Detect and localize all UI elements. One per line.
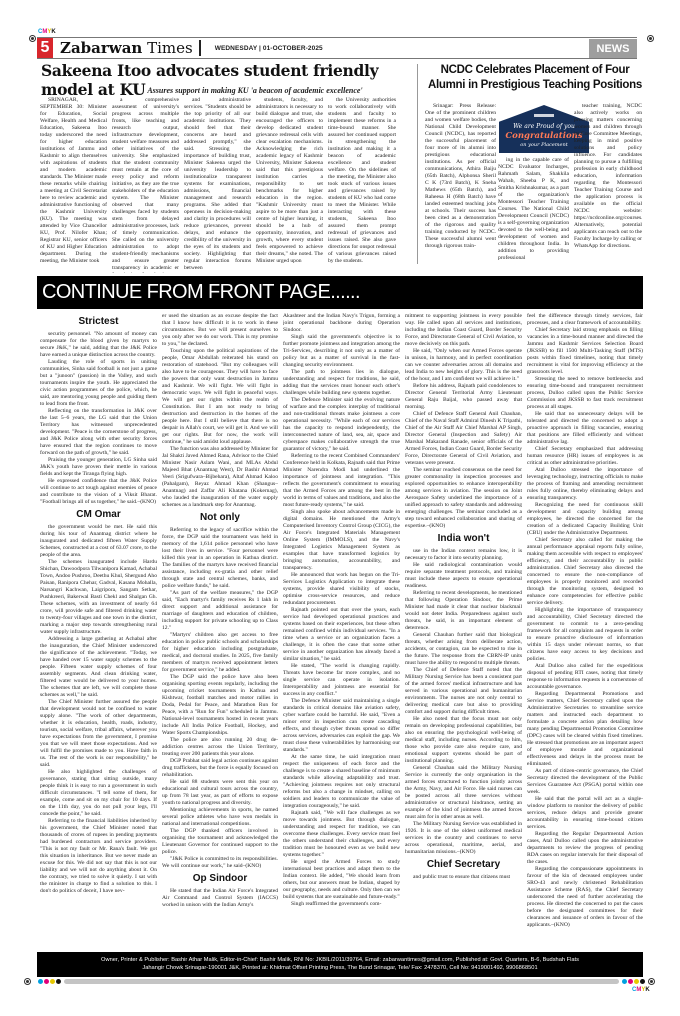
continued-column: er used the situation as an excuse despi… <box>162 313 278 949</box>
story-paragraph: Touching upon the political aspirations … <box>162 348 278 446</box>
story-paragraph: At the same time, he said integration mu… <box>283 754 400 810</box>
story-paragraph: "J&K Police is committed to its responsi… <box>162 856 278 870</box>
story-paragraph: feel the difference through timely servi… <box>527 313 643 327</box>
story-paragraph: Referring to recent developments, he men… <box>405 590 522 632</box>
story-paragraph: General Chauhan said the Military Nursin… <box>405 765 522 821</box>
story-paragraph: He said 88 students were sent this year … <box>162 779 278 807</box>
yellow-swatch <box>50 979 55 984</box>
story-paragraph: DGP Prabhat said legal action continues … <box>162 758 278 779</box>
ku-story-column: and administrative services. "Students s… <box>184 97 251 273</box>
ncdc-story-column: ing in the capable care of NCDC Evaluato… <box>498 157 569 273</box>
story-paragraph: He also noted that the focus must not on… <box>405 716 522 765</box>
story-paragraph: Stressing the need to remove bottlenecks… <box>527 376 643 411</box>
ku-story-column: the University authorities to work colla… <box>328 97 396 273</box>
story-paragraph: The Chief of Defence Staff noted that th… <box>405 667 522 716</box>
story-paragraph: Chief Secretary laid strong emphasis on … <box>527 327 643 376</box>
ku-story-subhead: Assures support in making KU 'a beacon o… <box>110 86 400 95</box>
story-paragraph: Singh reaffirmed the government's com- <box>283 901 400 908</box>
story-paragraph: He stated, "The world is changing rapidl… <box>283 663 400 698</box>
continued-column: mitment to supporting jointness in every… <box>405 313 522 949</box>
story-paragraph: He urged the Armed Forces to study inter… <box>283 859 400 901</box>
magenta-swatch <box>628 979 633 984</box>
story-paragraph: and public trust to ensure that citizens… <box>405 874 522 881</box>
story-paragraph: use in the Indian context remains low, i… <box>405 548 522 562</box>
story-paragraph: Recognizing the need for continuous skil… <box>527 502 643 537</box>
story-subhead: Op Sindoor <box>162 873 278 885</box>
story-paragraph: General Chauhan further said that biolog… <box>405 632 522 667</box>
story-paragraph: Praising the younger generation, LG Sinh… <box>40 457 157 478</box>
story-paragraph: The Defence Minister said the evolving n… <box>283 397 400 453</box>
color-bar-left <box>38 979 61 984</box>
story-paragraph: He announced that work has begun on the … <box>283 572 400 607</box>
story-paragraph: The DGP thanked officers involved in org… <box>162 828 278 856</box>
magenta-swatch <box>44 979 49 984</box>
story-paragraph: Referring to the financial liabilities i… <box>40 818 157 895</box>
story-paragraph: Akashteer and the Indian Navy's Trigun, … <box>283 313 400 334</box>
black-swatch <box>640 979 645 984</box>
story-paragraph: Referring to the legacy of sacrifice wit… <box>162 527 278 590</box>
story-paragraph: The Defence Minister said maintaining a … <box>283 698 400 754</box>
story-paragraph: The seminar reached consensus on the nee… <box>405 467 522 530</box>
story-paragraph: The function was also addressed by Minis… <box>162 446 278 509</box>
story-paragraph: He said that the portal will act as a si… <box>527 796 643 831</box>
yellow-swatch <box>634 979 639 984</box>
imprint-line-1: Owner, Printer & Publisher: Bashir Athar… <box>37 956 643 964</box>
ncdc-story-column: teacher training, NCDC also actively wor… <box>574 103 642 273</box>
story-paragraph: As part of citizen-centric governance, t… <box>527 768 643 796</box>
masthead: 5 Zabarwan Times WEDNESDAY | 01-OCTOBER-… <box>37 37 637 59</box>
story-paragraph: Singh also spoke about advancements made… <box>283 509 400 572</box>
imprint-line-2: Jahangir Chowk Srinagar-190001 J&K, Prin… <box>37 964 643 972</box>
story-paragraph: He also highlighted the challenges of go… <box>40 769 157 818</box>
story-paragraph: Singh said the government's objective is… <box>283 334 400 369</box>
paper-name: Zabarwan Times <box>60 39 193 57</box>
ku-story-column: SRINAGAR, SEPTEMBER 30: Minister for Edu… <box>40 97 107 273</box>
story-subhead: CM Omar <box>40 509 157 521</box>
story-subhead: India won't <box>405 533 522 545</box>
story-paragraph: Reflecting on the transformation in J&K … <box>40 408 157 457</box>
story-paragraph: Rajnath pointed out that over the years,… <box>283 607 400 663</box>
story-paragraph: Chief Secretary also called for making t… <box>527 537 643 607</box>
section-tag: NEWS <box>589 39 637 58</box>
registration-mark-bottom-left <box>24 978 31 985</box>
story-paragraph: The DGP said the police have also been o… <box>162 674 278 737</box>
masthead-divider <box>199 40 201 56</box>
story-paragraph: Regarding the compassionate appointments… <box>527 866 643 929</box>
continued-column: feel the difference through timely servi… <box>527 313 643 949</box>
cyan-swatch <box>38 979 43 984</box>
story-paragraph: Referring to the recent Combined Command… <box>283 453 400 509</box>
page-number: 5 <box>37 38 53 58</box>
black-swatch <box>56 979 61 984</box>
cmyk-label-top: CMYK <box>38 29 56 35</box>
story-paragraph: "Martyrs' children also get access to fr… <box>162 632 278 674</box>
story-paragraph: The police are also running 20 drug de-a… <box>162 737 278 758</box>
story-paragraph: Highlighting the importance of transpare… <box>527 607 643 663</box>
imprint-footer: Owner, Printer & Publisher: Bashir Athar… <box>37 952 643 977</box>
ku-story-column: students, faculty, and administrators is… <box>256 97 323 273</box>
continue-from-front-page-banner: CONTINUE FROM FRONT PAGE...... <box>37 276 643 309</box>
story-paragraph: The Military Nursing Service was establi… <box>405 821 522 856</box>
ncdc-logo <box>534 114 554 117</box>
color-bar-right <box>622 979 645 984</box>
story-paragraph: The Chief Minister further assured the p… <box>40 699 157 769</box>
ncdc-story-headline: NCDC Celebrates Placement of Four Alumni… <box>425 63 645 93</box>
story-paragraph: He said, "Only when our Armed Forces ope… <box>405 348 522 383</box>
story-paragraph: the government would be met. He said thi… <box>40 524 157 559</box>
story-subhead: Not only <box>162 512 278 524</box>
story-paragraph: Lauding the role of sports in uniting co… <box>40 359 157 408</box>
ku-story-column: a comprehensive assessment of university… <box>112 97 179 273</box>
story-paragraph: He said that no unnecessary delays will … <box>527 411 643 446</box>
issue-date: WEDNESDAY | 01-OCTOBER-2025 <box>215 45 323 52</box>
story-subhead: Strictest <box>40 316 157 328</box>
continued-column: Akashteer and the Indian Navy's Trigun, … <box>283 313 400 949</box>
ncdc-story-column: Srinagar: Press Release: One of the prom… <box>425 103 496 273</box>
continued-column: Strictestsecurity personnel. "No amount … <box>40 313 157 949</box>
story-paragraph: mitment to supporting jointness in every… <box>405 313 522 348</box>
story-paragraph: Atal Dulloo stressed the importance of l… <box>527 467 643 502</box>
story-paragraph: Chief Secretary emphasized that addressi… <box>527 446 643 467</box>
registration-mark-top-left <box>29 35 36 42</box>
story-paragraph: The path to jointness lies in dialogue, … <box>283 369 400 397</box>
registration-mark-top-right <box>647 35 654 42</box>
story-paragraph: "As part of the welfare measures," the D… <box>162 590 278 632</box>
story-paragraph: Addressing a large gathering at Achabal … <box>40 636 157 699</box>
story-paragraph: security personnel. "No amount of money … <box>40 331 157 359</box>
story-paragraph: Rajnath said, "We will face challenges a… <box>283 810 400 859</box>
story-paragraph: He expressed confidence that the J&K Pol… <box>40 478 157 506</box>
story-paragraph: Atal Dulloo also called for the expediti… <box>527 663 643 691</box>
story-subhead: Chief Secretary <box>405 859 522 871</box>
story-paragraph: The schemes inaugurated include Hardu Sh… <box>40 559 157 636</box>
story-paragraph: er used the situation as an excuse despi… <box>162 313 278 348</box>
column-divider <box>417 64 418 264</box>
cmyk-label-bottom: CMYK <box>632 987 650 993</box>
story-paragraph: He said radiological contamination would… <box>405 562 522 590</box>
story-paragraph: Mentioning achievements in sports, he na… <box>162 807 278 828</box>
story-paragraph: Regarding Departmental Promotions and Se… <box>527 691 643 768</box>
registration-strip <box>64 979 619 984</box>
registration-mark-bottom-right <box>648 978 655 985</box>
cyan-swatch <box>622 979 627 984</box>
story-paragraph: Chief of Defence Staff General Anil Chau… <box>405 411 522 467</box>
story-paragraph: He stated that the Indian Air Force's In… <box>162 888 278 909</box>
story-paragraph: Regarding the Regular Departmental Actio… <box>527 831 643 866</box>
story-paragraph: Before his address, Rajnath paid condole… <box>405 383 522 411</box>
